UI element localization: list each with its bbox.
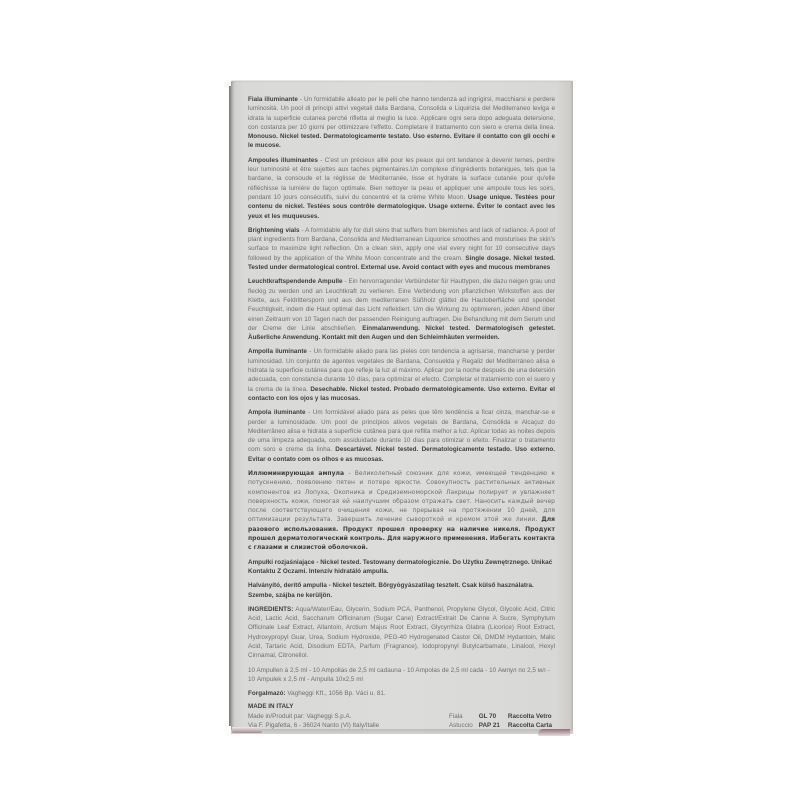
- section-english: Brightening vials - A formidable ally fo…: [248, 226, 555, 272]
- section-russian: Иллюминирующая ампула - Великолепный сою…: [248, 469, 555, 553]
- section-title: Fiala illuminante: [248, 96, 298, 103]
- recycling-item: Fiala: [449, 712, 479, 722]
- section-portuguese: Ampola iluminante - Um formidável aliado…: [248, 408, 555, 464]
- recycling-item: Astuccio: [449, 721, 479, 731]
- section-title: Ampoules illuminantes: [248, 157, 318, 164]
- made-in-italy: MADE IN ITALY: [248, 702, 555, 712]
- footer: MADE IN ITALY Made in/Produit par: Vaghe…: [248, 702, 555, 731]
- section-body: - Ein hervorragender Verbündeter für Hau…: [248, 278, 555, 331]
- label-text: Fiala illuminante - Un formidabile allea…: [248, 95, 555, 704]
- section-warnings: Monouso. Nickel tested. Dermatologicamen…: [248, 133, 555, 149]
- recycling-row: Fiala GL 70 Raccolta Vetro: [449, 712, 555, 722]
- distributor-label: Forgalmazó:: [248, 690, 286, 697]
- ingredients-list: Aqua/Water/Eau, Glycerin, Sodium PCA, Pa…: [248, 606, 555, 659]
- section-italian: Fiala illuminante - Un formidabile allea…: [248, 95, 555, 151]
- section-german: Leuchtkraftspendende Ampulle - Ein hervo…: [248, 277, 555, 342]
- ingredients-label: INGREDIENTS:: [248, 606, 293, 613]
- recycling-destination: Raccolta Vetro: [508, 712, 555, 722]
- section-title: Leuchtkraftspendende Ampulle: [248, 278, 343, 285]
- ingredients: INGREDIENTS: Aqua/Water/Eau, Glycerin, S…: [248, 605, 555, 661]
- section-title: Иллюминирующая ампула: [248, 470, 344, 477]
- section-french: Ampoules illuminantes - C'est un précieu…: [248, 156, 555, 221]
- section-hungarian: Halványító, derítő ampulla - Nickel tesz…: [248, 581, 555, 600]
- quantity: 10 Ampullen à 2,5 ml - 10 Ampollas de 2,…: [248, 666, 555, 685]
- recycling-destination: Raccolta Carta: [508, 721, 555, 731]
- section-body: - Великолепный союзник для кожи, имеющей…: [248, 470, 555, 523]
- distributor: Forgalmazó: Vagheggi Kft., 1056 Bp. Váci…: [248, 689, 555, 698]
- section-title: Ampola iluminante: [248, 409, 306, 416]
- section-title: Ampolla iluminante: [248, 348, 307, 355]
- recycling-info: Fiala GL 70 Raccolta Vetro Astuccio PAP …: [449, 712, 555, 731]
- section-title: Brightening vials: [248, 227, 300, 234]
- recycling-row: Astuccio PAP 21 Raccolta Carta: [449, 721, 555, 731]
- section-polish: Ampułki rozjaśniające - Nickel tested. T…: [248, 558, 555, 577]
- section-spanish: Ampolla iluminante - Un formidable aliad…: [248, 347, 555, 403]
- distributor-value: Vagheggi Kft., 1056 Bp. Váci u. 81.: [286, 690, 386, 697]
- recycling-code: PAP 21: [479, 721, 508, 731]
- recycling-code: GL 70: [479, 712, 508, 722]
